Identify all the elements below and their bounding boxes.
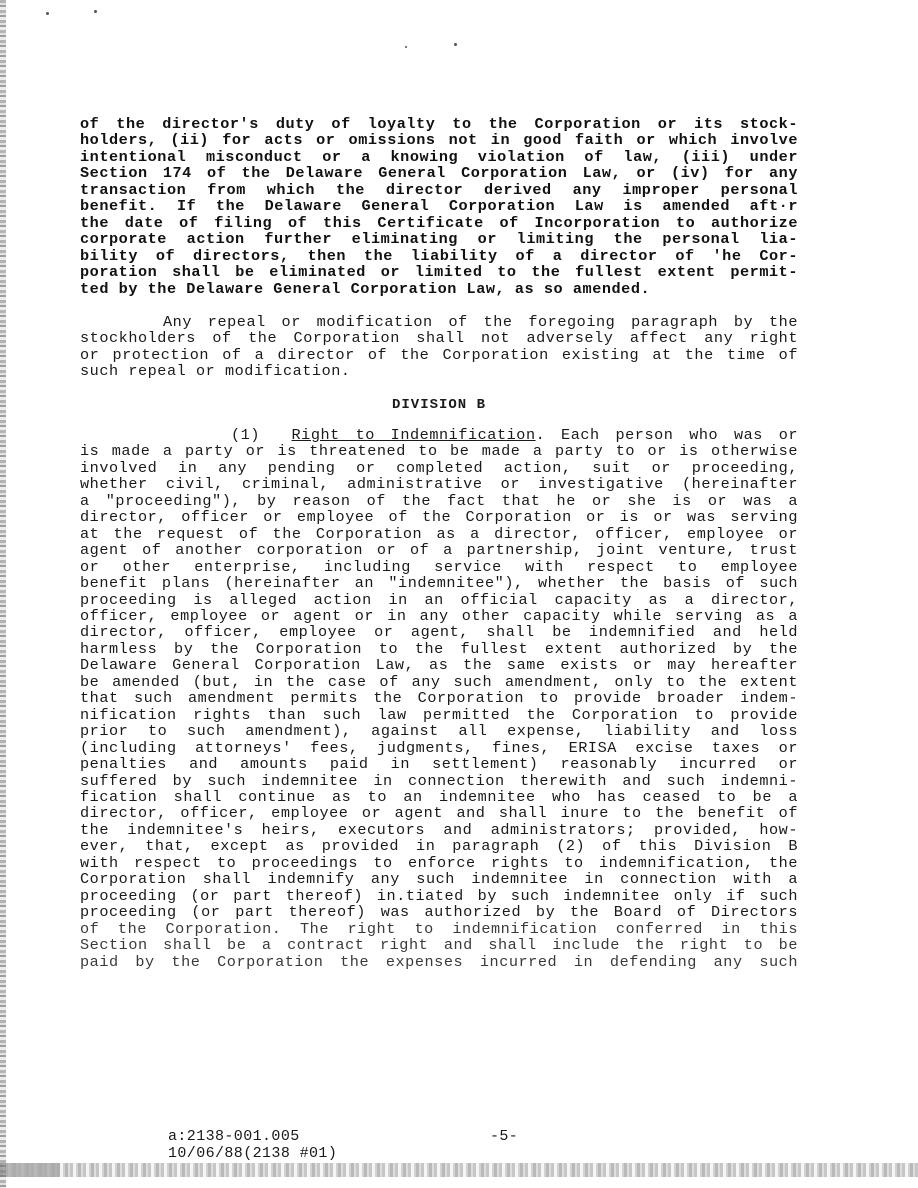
text-line: proceeding is alleged action in an offic…: [80, 592, 798, 608]
text-line: benefit plans (hereinafter an "indemnite…: [80, 575, 798, 591]
footer-doc-id: a:2138-001.005: [168, 1128, 337, 1145]
text-line: nification rights than such law permitte…: [80, 707, 798, 723]
footer-date-ref: 10/06/88(2138 #01): [168, 1145, 337, 1162]
text-line: benefit. If the Delaware General Corpora…: [80, 198, 798, 214]
text-line: Section 174 of the Delaware General Corp…: [80, 165, 798, 181]
paragraph-repeal: Any repeal or modification of the forego…: [80, 314, 798, 380]
text-line: Any repeal or modification of the forego…: [80, 314, 798, 330]
section-heading: DIVISION B: [80, 397, 798, 413]
text-line: stockholders of the Corporation shall no…: [80, 330, 798, 346]
text-line: corporate action further eliminating or …: [80, 231, 798, 247]
scan-speck: [94, 10, 97, 13]
text-line: a "proceeding"), by reason of the fact t…: [80, 493, 798, 509]
text-line: Section shall be a contract right and sh…: [80, 937, 798, 953]
text-line: harmless by the Corporation to the fulle…: [80, 641, 798, 657]
page-number: -5-: [490, 1128, 518, 1145]
text-line: holders, (ii) for acts or omissions not …: [80, 132, 798, 148]
text-line: the date of filing of this Certificate o…: [80, 215, 798, 231]
text-line: the indemnitee's heirs, executors and ad…: [80, 822, 798, 838]
scan-speck: [454, 43, 457, 46]
text-line: that such amendment permits the Corporat…: [80, 690, 798, 706]
text-line: suffered by such indemnitee in connectio…: [80, 773, 798, 789]
text-line: director, officer, employee or agent, sh…: [80, 624, 798, 640]
text-line: or other enterprise, including service w…: [80, 559, 798, 575]
text-line: (including attorneys' fees, judgments, f…: [80, 740, 798, 756]
text-line: ted by the Delaware General Corporation …: [80, 281, 798, 297]
text-line: Corporation shall indemnify any such ind…: [80, 871, 798, 887]
text-line: fication shall continue as to an indemni…: [80, 789, 798, 805]
clause-title: Right to Indemnification: [292, 426, 536, 444]
text-line: prior to such amendment), against all ex…: [80, 723, 798, 739]
text-line: of the director's duty of loyalty to the…: [80, 116, 798, 132]
text-line: whether civil, criminal, administrative …: [80, 476, 798, 492]
text-line: Delaware General Corporation Law, as the…: [80, 657, 798, 673]
scan-edge-bottom: [0, 1163, 918, 1177]
text-line: such repeal or modification.: [80, 363, 798, 379]
text-line: involved in any pending or completed act…: [80, 460, 798, 476]
text-line: with respect to proceedings to enforce r…: [80, 855, 798, 871]
text-line: at the request of the Corporation as a d…: [80, 526, 798, 542]
text-line: is made a party or is threatened to be m…: [80, 443, 798, 459]
text-line: proceeding (or part thereof) in.tiated b…: [80, 888, 798, 904]
text-line: agent of another corporation or of a par…: [80, 542, 798, 558]
text-line: paid by the Corporation the expenses inc…: [80, 954, 798, 970]
text-line: (1) Right to Indemnification. Each perso…: [80, 427, 798, 443]
text-line: transaction from which the director deri…: [80, 182, 798, 198]
text-line: or protection of a director of the Corpo…: [80, 347, 798, 363]
text-line: intentional misconduct or a knowing viol…: [80, 149, 798, 165]
text-line: proceeding (or part thereof) was authori…: [80, 904, 798, 920]
footer-doc-ref: a:2138-001.005 10/06/88(2138 #01): [168, 1128, 337, 1162]
text-line: penalties and amounts paid in settlement…: [80, 756, 798, 772]
clause-number: (1): [231, 426, 260, 444]
clause-body: is made a party or is threatened to be m…: [80, 443, 798, 970]
text-line: director, officer, employee or agent and…: [80, 805, 798, 821]
text-line: be amended (but, in the case of any such…: [80, 674, 798, 690]
clause-first-line: . Each person who was or: [536, 426, 798, 444]
text-line: of the Corporation. The right to indemni…: [80, 921, 798, 937]
text-line: bility of directors, then the liability …: [80, 248, 798, 264]
paragraph-director-liability: of the director's duty of loyalty to the…: [80, 116, 798, 297]
text-line: director, officer or employee of the Cor…: [80, 509, 798, 525]
scan-edge-left: [0, 0, 6, 1188]
text-line: ever, that, except as provided in paragr…: [80, 838, 798, 854]
scan-speck: [405, 46, 407, 48]
paragraph-right-to-indemnification: (1) Right to Indemnification. Each perso…: [80, 427, 798, 970]
text-line: poration shall be eliminated or limited …: [80, 264, 798, 280]
scan-speck: [46, 12, 49, 15]
text-line: officer, employee or agent or in any oth…: [80, 608, 798, 624]
